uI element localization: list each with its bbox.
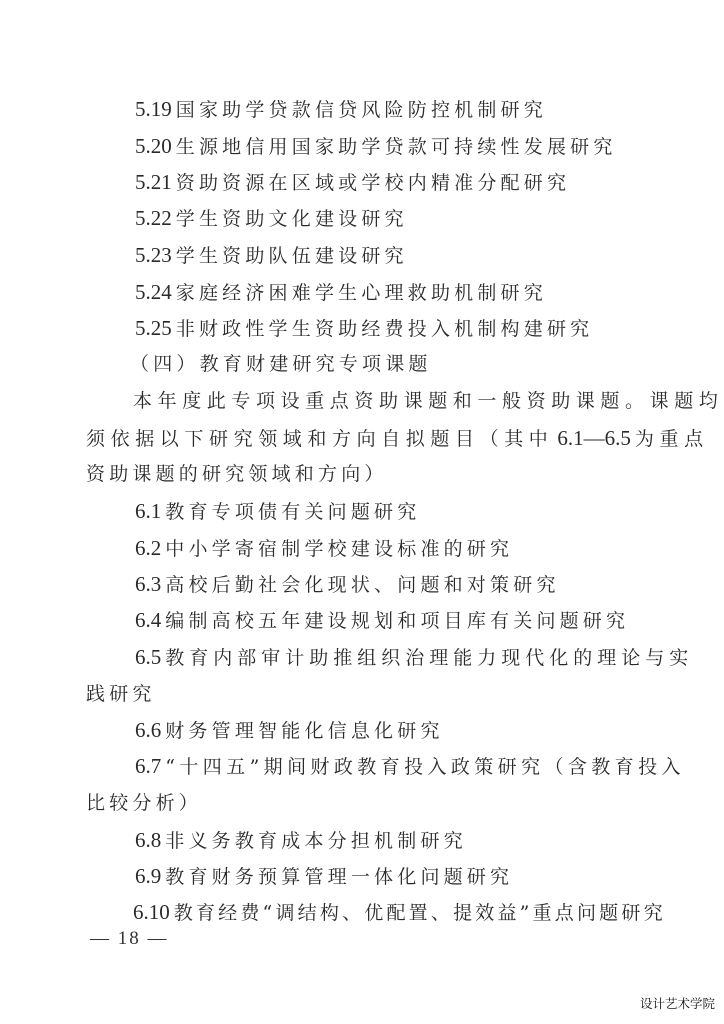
item-text: 资助资源在区域或学校内精准分配研究 [176, 172, 570, 194]
watermark-label: 设计艺术学院 [640, 994, 715, 1012]
list-item: 5.19国家助学贷款信贷风险防控机制研究 [135, 97, 547, 122]
item-number: 6.4 [135, 608, 161, 632]
document-page: 5.19国家助学贷款信贷风险防控机制研究 5.20生源地信用国家助学贷款可持续性… [0, 0, 724, 1024]
paragraph-line: 本年度此专项设重点资助课题和一般资助课题。课题均 [133, 389, 723, 413]
item-number: 6.8 [135, 828, 161, 852]
list-item: 6.4编制高校五年建设规划和项目库有关问题研究 [135, 608, 629, 633]
item-number: 5.22 [135, 206, 172, 230]
item-text: 学生资助文化建设研究 [176, 208, 408, 230]
item-number: 6.7 [135, 754, 161, 778]
item-number: 6.9 [135, 864, 161, 888]
list-item: 5.20生源地信用国家助学贷款可持续性发展研究 [135, 134, 617, 159]
list-item: 5.22学生资助文化建设研究 [135, 206, 408, 231]
item-text: 非义务教育成本分担机制研究 [165, 830, 467, 852]
item-number: 5.21 [135, 170, 172, 194]
item-text: “十四五”期间财政教育投入政策研究（含教育投入 [165, 756, 685, 778]
list-item: 6.7“十四五”期间财政教育投入政策研究（含教育投入 [135, 754, 685, 779]
paragraph-text: 为重点 [635, 428, 709, 450]
item-text: 学生资助队伍建设研究 [176, 245, 408, 267]
range-number: 6.1—6.5 [557, 426, 631, 450]
paragraph-line: 资助课题的研究领域和方向） [86, 462, 388, 486]
item-number: 5.19 [135, 97, 172, 121]
list-item: 6.10教育经费“调结构、优配置、提效益”重点问题研究 [133, 900, 666, 925]
list-item: 6.3高校后勤社会化现状、问题和对策研究 [135, 572, 560, 597]
section-heading: （四）教育财建研究专项课题 [130, 352, 432, 376]
item-number: 5.20 [135, 134, 172, 158]
item-number: 6.3 [135, 572, 161, 596]
item-text: 高校后勤社会化现状、问题和对策研究 [165, 574, 559, 596]
item-text: 家庭经济困难学生心理救助机制研究 [176, 282, 547, 304]
item-text: 国家助学贷款信贷风险防控机制研究 [176, 99, 547, 121]
list-item: 6.2中小学寄宿制学校建设标准的研究 [135, 536, 513, 561]
item-text: 生源地信用国家助学贷款可持续性发展研究 [176, 136, 617, 158]
item-number: 6.6 [135, 718, 161, 742]
item-text: 财务管理智能化信息化研究 [165, 720, 443, 742]
paragraph-text: 须依据以下研究领域和方向自拟题目（其中 [86, 428, 553, 450]
item-text: 教育财务预算管理一体化问题研究 [165, 866, 513, 888]
list-item-continuation: 比较分析） [86, 791, 202, 815]
item-text: 中小学寄宿制学校建设标准的研究 [165, 538, 513, 560]
item-number: 5.23 [135, 243, 172, 267]
list-item: 6.6财务管理智能化信息化研究 [135, 718, 444, 743]
paragraph-line: 须依据以下研究领域和方向自拟题目（其中6.1—6.5为重点 [86, 426, 709, 451]
page-number: — 18 — [90, 928, 169, 950]
item-number: 6.5 [135, 645, 161, 669]
list-item: 6.1教育专项债有关问题研究 [135, 499, 420, 524]
list-item: 5.24家庭经济困难学生心理救助机制研究 [135, 280, 547, 305]
list-item-continuation: 践研究 [86, 682, 156, 706]
item-text: 非财政性学生资助经费投入机制构建研究 [176, 318, 594, 340]
list-item: 5.21资助资源在区域或学校内精准分配研究 [135, 170, 570, 195]
item-number: 6.2 [135, 536, 161, 560]
item-number: 5.25 [135, 316, 172, 340]
list-item: 6.9教育财务预算管理一体化问题研究 [135, 864, 513, 889]
list-item: 6.8非义务教育成本分担机制研究 [135, 828, 467, 853]
item-text: 编制高校五年建设规划和项目库有关问题研究 [165, 610, 629, 632]
item-text: 教育内部审计助推组织治理能力现代化的理论与实 [165, 647, 693, 669]
list-item: 6.5教育内部审计助推组织治理能力现代化的理论与实 [135, 645, 693, 670]
list-item: 5.23学生资助队伍建设研究 [135, 243, 408, 268]
item-number: 6.10 [133, 900, 170, 924]
item-text: 教育经费“调结构、优配置、提效益”重点问题研究 [174, 902, 666, 924]
item-number: 5.24 [135, 280, 172, 304]
item-number: 6.1 [135, 499, 161, 523]
item-text: 教育专项债有关问题研究 [165, 501, 420, 523]
list-item: 5.25非财政性学生资助经费投入机制构建研究 [135, 316, 593, 341]
